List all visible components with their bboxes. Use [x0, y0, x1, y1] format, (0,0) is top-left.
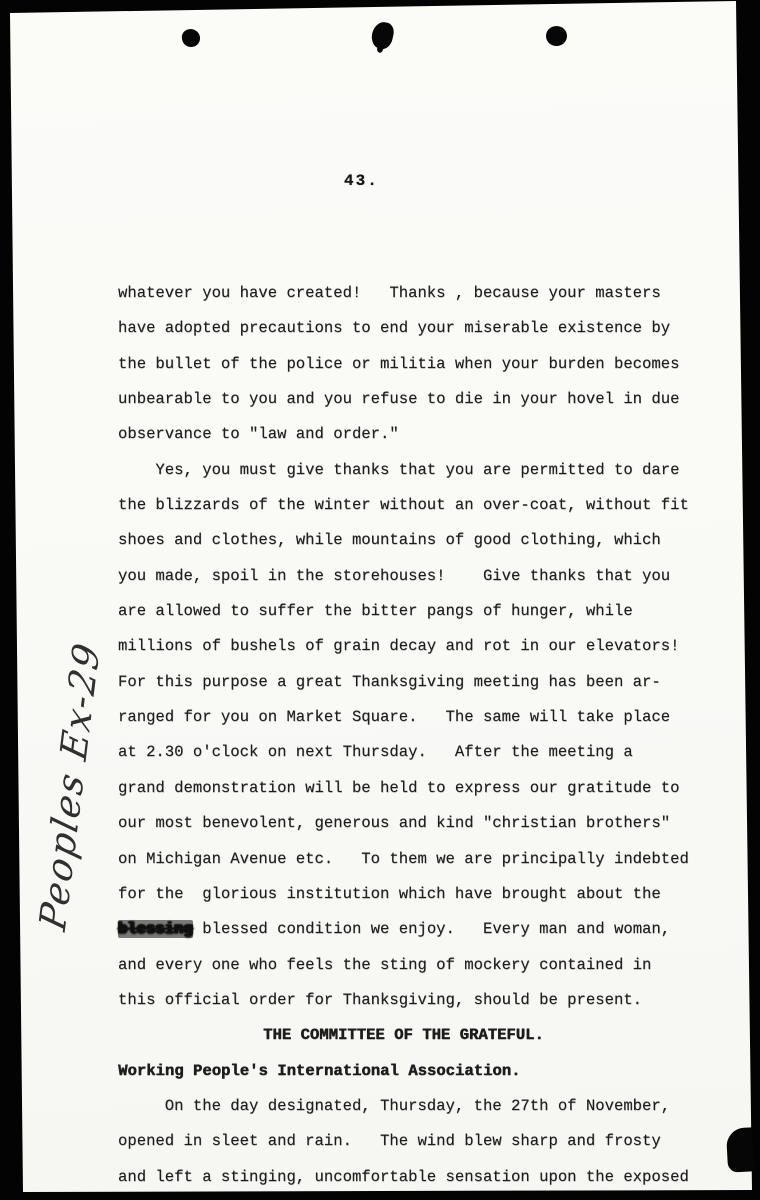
- text-line: ranged for you on Market Square. The sam…: [118, 700, 718, 735]
- text-line: opened in sleet and rain. The wind blew …: [118, 1124, 718, 1159]
- text-line: observance to "law and order.": [118, 417, 718, 452]
- page-number: 43.: [344, 172, 379, 190]
- text-line: at 2.30 o'clock on next Thursday. After …: [118, 735, 718, 770]
- typewritten-text: whatever you have created! Thanks , beca…: [118, 276, 718, 1195]
- text-line: you made, spoil in the storehouses! Give…: [118, 559, 718, 594]
- text-line: and every one who feels the sting of moc…: [118, 948, 718, 983]
- struck-out-word: blessing: [118, 920, 193, 938]
- text-line: and left a stinging, uncomfortable sensa…: [118, 1160, 718, 1195]
- text-line: whatever you have created! Thanks , beca…: [118, 276, 718, 311]
- text-line: On the day designated, Thursday, the 27t…: [118, 1089, 718, 1124]
- text-line: for the glorious institution which have …: [118, 877, 718, 912]
- text-line: our most benevolent, generous and kind "…: [118, 806, 718, 841]
- text-line: shoes and clothes, while mountains of go…: [118, 523, 718, 558]
- text-line: blessing blessed condition we enjoy. Eve…: [118, 912, 718, 947]
- text-line: Working People's International Associati…: [118, 1054, 718, 1089]
- text-line: the blizzards of the winter without an o…: [118, 488, 718, 523]
- text-line: the bullet of the police or militia when…: [118, 347, 718, 382]
- text-line: unbearable to you and you refuse to die …: [118, 382, 718, 417]
- text-line: millions of bushels of grain decay and r…: [118, 629, 718, 664]
- ink-blot: [726, 1127, 754, 1172]
- text-line: THE COMMITTEE OF THE GRATEFUL.: [263, 1018, 718, 1053]
- punch-hole-icon: [546, 26, 567, 46]
- scanned-document: 43. Peoples Ex-29 whatever you have crea…: [0, 0, 760, 1200]
- text-line: have adopted precautions to end your mis…: [118, 311, 718, 346]
- text-line: are allowed to suffer the bitter pangs o…: [118, 594, 718, 629]
- text-line: this official order for Thanksgiving, sh…: [118, 983, 718, 1018]
- text-line: on Michigan Avenue etc. To them we are p…: [118, 842, 718, 877]
- text-line: Yes, you must give thanks that you are p…: [118, 453, 718, 488]
- text-segment: blessed condition we enjoy. Every man an…: [193, 920, 670, 938]
- text-line: For this purpose a great Thanksgiving me…: [118, 665, 718, 700]
- text-line: grand demonstration will be held to expr…: [118, 771, 718, 806]
